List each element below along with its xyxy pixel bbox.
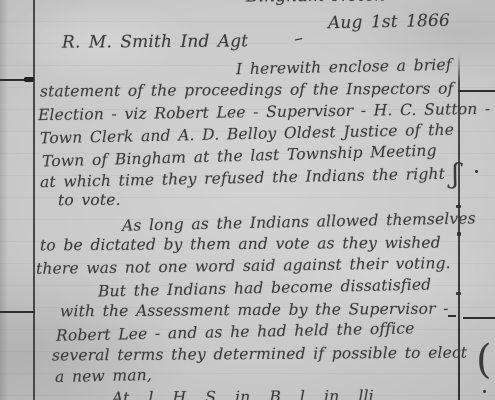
body-line: to vote. bbox=[58, 191, 121, 209]
body-line: statement of the proceedings of the Insp… bbox=[40, 80, 454, 101]
fold-mark-left-lower bbox=[0, 311, 35, 313]
parenthesis-mark: ( bbox=[476, 340, 492, 380]
fold-mark-right-lower bbox=[463, 317, 495, 319]
body-line: to be dictated by them and vote as they … bbox=[40, 234, 441, 255]
cut-off-line: At l H S in B l in lli bbox=[112, 387, 374, 400]
letter-photo: ʃ ( – Bingham Notch Aug 1st 1866 R. M. S… bbox=[0, 0, 495, 400]
fold-mark-right-tick bbox=[448, 315, 456, 317]
ink-dot bbox=[475, 170, 478, 173]
left-margin-rule bbox=[33, 0, 35, 400]
fold-mark-right-upper bbox=[458, 90, 495, 92]
place-line: Bingham Notch bbox=[246, 0, 386, 6]
ink-speck bbox=[456, 205, 461, 208]
body-line: with the Assessment made by the Supervis… bbox=[60, 300, 449, 321]
left-edge-shadow bbox=[0, 0, 8, 400]
ink-dot bbox=[483, 390, 486, 393]
date-line: Aug 1st 1866 bbox=[328, 11, 450, 34]
ink-speck bbox=[456, 292, 461, 295]
body-line: several terms they determined if possibl… bbox=[52, 344, 467, 365]
body-line: a new man, bbox=[55, 366, 152, 386]
fold-mark-arrow-tip bbox=[24, 77, 34, 82]
ink-speck bbox=[457, 232, 461, 236]
salutation-line: R. M. Smith Ind Agt bbox=[62, 31, 248, 52]
